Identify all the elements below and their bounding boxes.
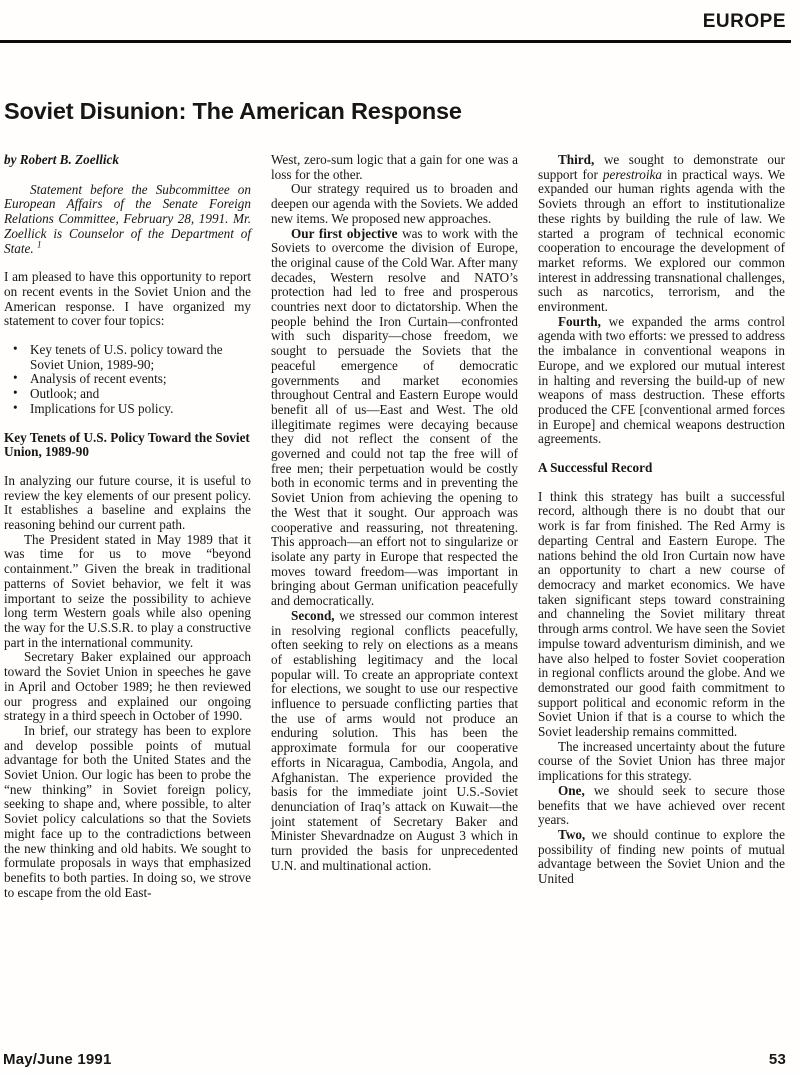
paragraph: Our strategy required us to broaden and …	[271, 182, 518, 226]
paragraph: West, zero-sum logic that a gain for one…	[271, 153, 518, 182]
bullet-icon: •	[13, 401, 18, 416]
paragraph: One, we should seek to secure those bene…	[538, 784, 785, 828]
paragraph: Fourth, we expanded the arms control age…	[538, 315, 785, 447]
bullet-item: •Outlook; and	[4, 387, 251, 402]
bullet-item: •Key tenets of U.S. policy toward the So…	[4, 343, 251, 372]
paragraph: In brief, our strategy has been to explo…	[4, 724, 251, 900]
paragraph: The increased uncertainty about the futu…	[538, 740, 785, 784]
bullet-icon: •	[13, 371, 18, 386]
article-column: West, zero-sum logic that a gain for one…	[271, 153, 518, 900]
paragraph: I am pleased to have this opportunity to…	[4, 270, 251, 329]
footnote-marker: 1	[37, 239, 42, 249]
footer-issue: May/June 1991	[3, 1051, 112, 1068]
bullet-item-label: Outlook; and	[30, 386, 99, 401]
paragraph: In analyzing our future course, it is us…	[4, 474, 251, 533]
section-heading: A Successful Record	[538, 461, 785, 476]
paragraph: Third, we sought to demonstrate our supp…	[538, 153, 785, 315]
bullet-item-label: Key tenets of U.S. policy toward the Sov…	[30, 342, 223, 372]
bullet-icon: •	[13, 342, 18, 357]
paragraph: Two, we should continue to explore the p…	[538, 828, 785, 887]
header-rule	[0, 40, 791, 43]
statement-note: Statement before the Subcommittee on Eur…	[4, 183, 251, 257]
paragraph: Our first objective was to work with the…	[271, 227, 518, 609]
bullet-item: •Implications for US policy.	[4, 402, 251, 417]
article-column: by Robert B. ZoellickStatement before th…	[4, 153, 251, 900]
bullet-list: •Key tenets of U.S. policy toward the So…	[4, 343, 251, 417]
bullet-item-label: Implications for US policy.	[30, 401, 173, 416]
bullet-item: •Analysis of recent events;	[4, 372, 251, 387]
paragraph: Second, we stressed our common interest …	[271, 609, 518, 874]
byline: by Robert B. Zoellick	[4, 153, 251, 168]
article-column: Third, we sought to demonstrate our supp…	[538, 153, 785, 900]
journal-page: EUROPE Soviet Disunion: The American Res…	[0, 0, 800, 1075]
paragraph: Secretary Baker explained our approach t…	[4, 650, 251, 724]
footer-page-number: 53	[769, 1051, 786, 1068]
section-heading: Key Tenets of U.S. Policy Toward the Sov…	[4, 431, 251, 460]
section-label: EUROPE	[703, 11, 786, 33]
article-columns: by Robert B. ZoellickStatement before th…	[4, 153, 785, 900]
page-title: Soviet Disunion: The American Response	[4, 98, 462, 125]
bullet-icon: •	[13, 386, 18, 401]
paragraph: I think this strategy has built a succes…	[538, 490, 785, 740]
paragraph: The President stated in May 1989 that it…	[4, 533, 251, 651]
bullet-item-label: Analysis of recent events;	[30, 371, 167, 386]
